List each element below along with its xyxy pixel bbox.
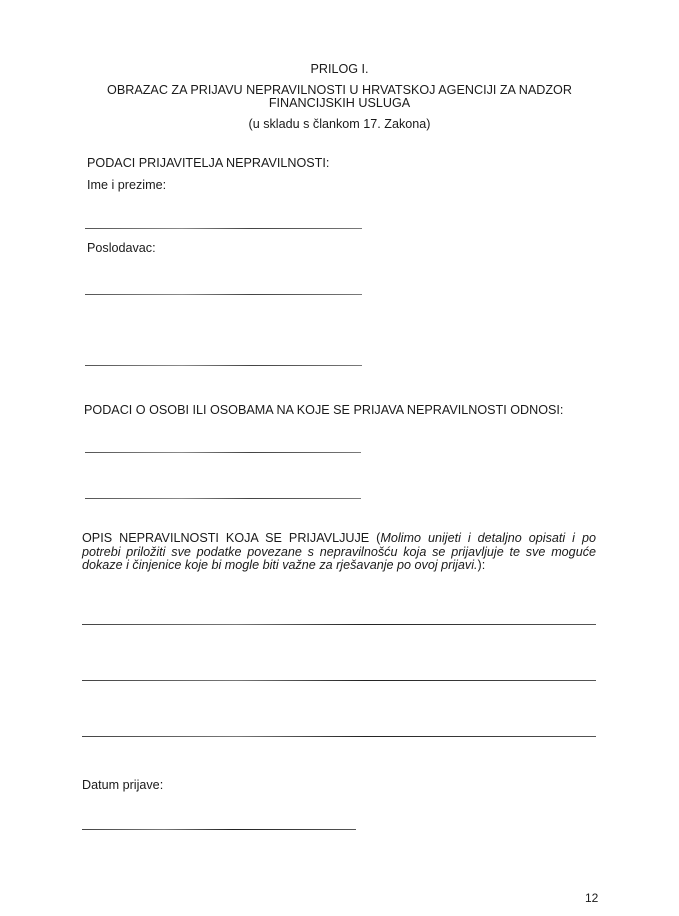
name-label: Ime i prezime: (87, 178, 166, 192)
date-input-line[interactable] (82, 829, 356, 830)
subject-input-line-1[interactable] (85, 452, 361, 453)
description-input-line-2[interactable] (82, 680, 596, 681)
description-section-heading: OPIS NEPRAVILNOSTI KOJA SE PRIJAVLJUJE (… (82, 532, 596, 573)
page-number: 12 (585, 891, 598, 905)
form-title-line-2: FINANCIJSKIH USLUGA (0, 96, 679, 110)
employer-input-line-1[interactable] (85, 294, 362, 295)
date-label: Datum prijave: (82, 778, 163, 792)
description-closing: ): (478, 558, 486, 572)
reporter-section-heading: PODACI PRIJAVITELJA NEPRAVILNOSTI: (87, 156, 329, 170)
description-input-line-3[interactable] (82, 736, 596, 737)
name-input-line[interactable] (85, 228, 362, 229)
description-input-line-1[interactable] (82, 624, 596, 625)
legal-basis: (u skladu s člankom 17. Zakona) (0, 117, 679, 131)
subject-section-heading: PODACI O OSOBI ILI OSOBAMA NA KOJE SE PR… (84, 403, 563, 417)
employer-label: Poslodavac: (87, 241, 156, 255)
description-heading-text: OPIS NEPRAVILNOSTI KOJA SE PRIJAVLJUJE ( (82, 531, 380, 545)
form-title-line-1: OBRAZAC ZA PRIJAVU NEPRAVILNOSTI U HRVAT… (0, 83, 679, 97)
employer-input-line-2[interactable] (85, 365, 362, 366)
subject-input-line-2[interactable] (85, 498, 361, 499)
annex-title: PRILOG I. (0, 62, 679, 76)
